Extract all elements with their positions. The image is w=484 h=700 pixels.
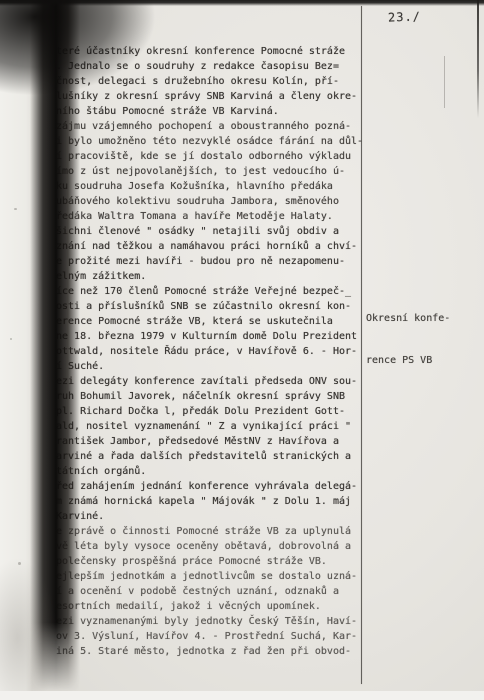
text-line: vě léta byly vysoce oceněny obětavá, dob… [56, 539, 363, 554]
margin-note-line: Okresní konfe- [366, 312, 450, 326]
text-line: ímo z úst nejpovolanějších, to jest vedo… [56, 164, 363, 179]
text-line: esortních medailí, jakož i věcných upomí… [56, 599, 363, 614]
margin-note: Okresní konfe- rence PS VB [366, 284, 450, 396]
text-line: m známá hornická kapela " Májovák " z Do… [56, 494, 363, 509]
text-line: osti a příslušníků SNB se zúčastnilo okr… [56, 299, 363, 314]
top-edge-shadow [0, 0, 484, 6]
text-line: íce než 170 členů Pomocné stráže Veřejné… [56, 284, 363, 299]
scan-speck [10, 338, 12, 340]
margin-note-line: rence PS VB [366, 354, 450, 368]
text-line: í a ocenění v podobě čestných uznání, od… [56, 584, 363, 599]
text-line: erence Pomocné stráže VB, která se uskut… [56, 314, 363, 329]
text-line: iná 5. Staré město, jednotka z řad žen p… [56, 644, 363, 659]
text-line: ruh Bohumil Javorek, náčelník okresní sp… [56, 389, 363, 404]
bottom-page-strip [0, 691, 484, 700]
text-line: ne 18. března 1979 v Kulturním domě Dolu… [56, 329, 363, 344]
text-line: Karviné. [56, 509, 363, 524]
text-line: e prožité mezi havíři - budou pro ně nez… [56, 254, 363, 269]
text-line: pl. Richard Dočka l, předák Dolu Prezide… [56, 404, 363, 419]
text-line: ředáka Waltra Tomana a havíře Metoděje H… [56, 209, 363, 224]
text-line: tátních orgánů. [56, 464, 363, 479]
text-line: ald, nositel vyznamenání " Z a vynikajíc… [56, 419, 363, 434]
text-line: ejlepším jednotkám a jednotlivcům se dos… [56, 569, 363, 584]
paper-crease-line [444, 56, 445, 108]
text-line: znání nad těžkou a namáhavou práci horní… [56, 239, 363, 254]
text-line: ezi vyznamenanými byly jednotky Český Tě… [56, 614, 363, 629]
text-line: ezi delegáty konference zavítali předsed… [56, 374, 363, 389]
text-line: ov 3. Výsluní, Havířov 4. - Prostřední S… [56, 629, 363, 644]
text-line: í Suché. [56, 359, 363, 374]
text-line: polečensky prospěšná práce Pomocné stráž… [56, 554, 363, 569]
text-line: arviné a řada dalších představitelů stra… [56, 449, 363, 464]
scan-speck [18, 562, 21, 565]
text-line: ottwald, nositele Řádu práce, v Havířově… [56, 344, 363, 359]
text-line: řed zahájením jednání konference vyhráva… [56, 479, 363, 494]
right-page-edge-line [477, 0, 479, 118]
page-number: 23./ [388, 9, 421, 24]
text-line: ubáňového kolektivu soudruha Jambora, sm… [56, 194, 363, 209]
bottom-left-mottle [0, 557, 58, 692]
text-line: rantišek Jambor, předsedové MěstNV z Hav… [56, 434, 363, 449]
text-line: elným zážitkem. [56, 269, 363, 284]
document-page: teré účastníky okresní konference Pomocn… [0, 0, 484, 700]
text-line: ku soudruha Josefa Kožušníka, hlavního p… [56, 179, 363, 194]
top-left-corner-shadow [0, 0, 240, 161]
scan-speck [14, 208, 17, 210]
text-line: šichni členové " osádky " netajili svůj … [56, 224, 363, 239]
text-line: e zprávě o činnosti Pomocné stráže VB za… [56, 524, 363, 539]
vertical-rule-line [361, 6, 362, 684]
